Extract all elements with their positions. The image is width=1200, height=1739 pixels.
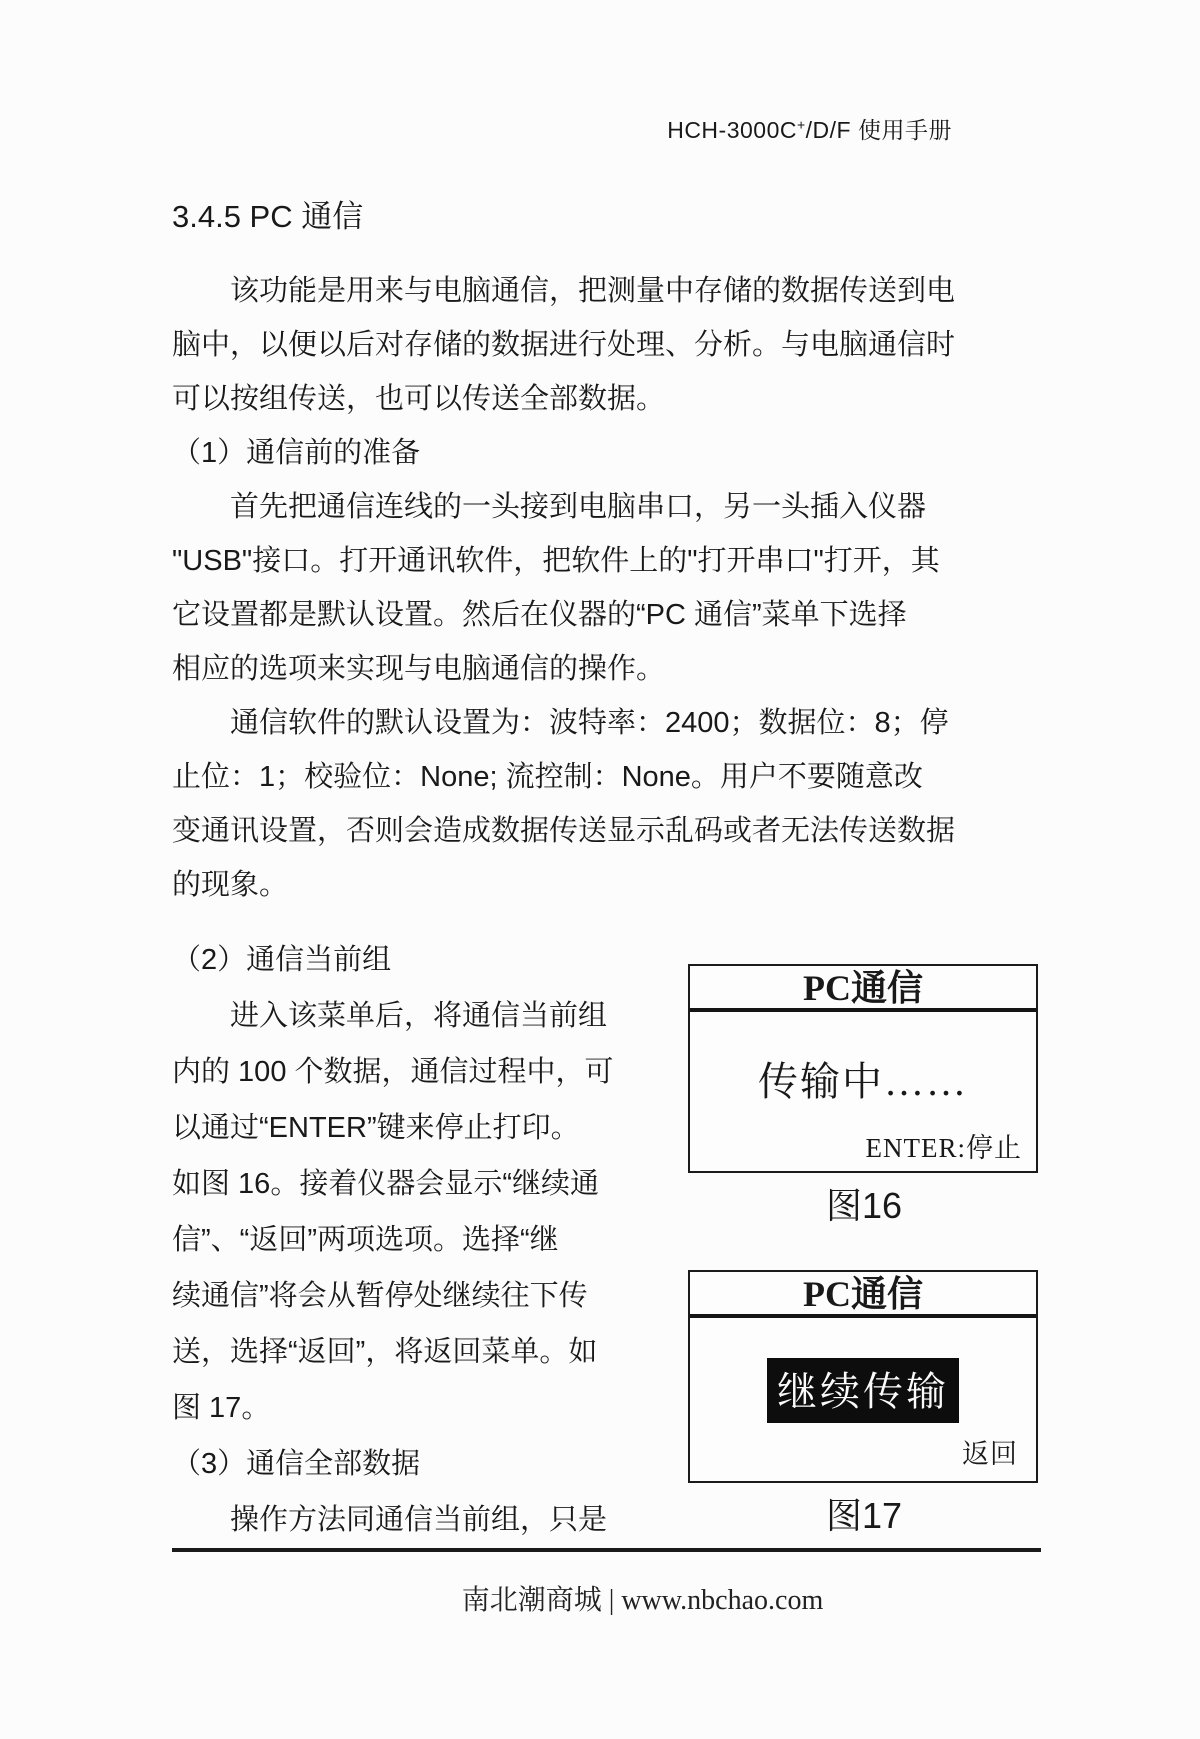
intro-paragraphs: 该功能是用来与电脑通信，把测量中存储的数据传送到电脑中，以便以后对存储的数据进行…	[172, 264, 960, 912]
text-line: 止位：1；校验位：None; 流控制：None。用户不要随意改	[172, 750, 960, 804]
model-superscript-plus: +	[797, 116, 806, 132]
text-line: 通信软件的默认设置为：波特率：2400；数据位：8；停	[172, 696, 960, 750]
text-line: 变通讯设置，否则会造成数据传送显示乱码或者无法传送数据	[172, 804, 960, 858]
text-line: 送，选择“返回”，将返回菜单。如	[172, 1324, 642, 1380]
figure16-screen-body: 传输中…… ENTER:停止	[690, 1012, 1036, 1171]
text-line: 它设置都是默认设置。然后在仪器的“PC 通信”菜单下选择	[172, 588, 960, 642]
text-line: （1）通信前的准备	[172, 426, 960, 480]
text-line: 续通信”将会从暂停处继续往下传	[172, 1268, 642, 1324]
text-line: 信”、“返回”两项选项。选择“继	[172, 1212, 642, 1268]
figure16-status-text: 传输中……	[690, 1012, 1036, 1107]
figure17-caption: 图17	[688, 1493, 1040, 1539]
page-footer: 南北潮商城 | www.nbchao.com	[208, 1578, 1077, 1618]
model-name-suffix: /D/F 使用手册	[806, 117, 952, 143]
figure-17: PC通信 继续传输 返回 图17	[688, 1270, 1040, 1539]
text-line: 可以按组传送，也可以传送全部数据。	[172, 372, 960, 426]
figure-16: PC通信 传输中…… ENTER:停止 图16	[688, 964, 1040, 1229]
figures-column: PC通信 传输中…… ENTER:停止 图16 PC通信 继续传输	[688, 932, 1040, 1548]
text-line: 的现象。	[172, 858, 960, 912]
figure16-enter-hint: ENTER:停止	[866, 1126, 1023, 1165]
text-line: "USB"接口。打开通讯软件，把软件上的"打开串口"打开，其	[172, 534, 960, 588]
figure17-return-hint: 返回	[962, 1432, 1018, 1471]
text-line: 操作方法同通信当前组，只是	[172, 1492, 642, 1548]
text-line: 以通过“ENTER”键来停止打印。	[172, 1100, 642, 1156]
figure17-selection-row: 继续传输	[690, 1318, 1036, 1423]
text-line: 进入该菜单后，将通信当前组	[172, 988, 642, 1044]
model-name-prefix: HCH-3000C	[667, 117, 797, 143]
section-title: 3.4.5 PC 通信	[172, 191, 1200, 236]
text-line: 图 17。	[172, 1380, 642, 1436]
text-line: （3）通信全部数据	[172, 1436, 642, 1492]
left-column-text: （2）通信当前组 进入该菜单后，将通信当前组内的 100 个数据，通信过程中，可…	[172, 932, 642, 1548]
text-line: 相应的选项来实现与电脑通信的操作。	[172, 642, 960, 696]
text-line: 如图 16。接着仪器会显示“继续通	[172, 1156, 642, 1212]
footer-divider-line	[172, 1548, 1041, 1552]
figure16-lcd-screen: PC通信 传输中…… ENTER:停止	[688, 964, 1038, 1173]
figure17-screen-title: PC通信	[690, 1272, 1036, 1314]
figure16-caption: 图16	[688, 1183, 1040, 1229]
figure16-screen-title: PC通信	[690, 966, 1036, 1008]
figure17-lcd-screen: PC通信 继续传输 返回	[688, 1270, 1038, 1483]
figure17-selected-option: 继续传输	[767, 1358, 959, 1423]
text-line: 首先把通信连线的一头接到电脑串口，另一头插入仪器	[172, 480, 960, 534]
page-header: HCH-3000C+/D/F 使用手册	[0, 0, 1200, 145]
figure17-screen-body: 继续传输 返回	[690, 1318, 1036, 1481]
text-line: 该功能是用来与电脑通信，把测量中存储的数据传送到电	[172, 264, 960, 318]
text-line: （2）通信当前组	[172, 932, 642, 988]
text-line: 内的 100 个数据，通信过程中，可	[172, 1044, 642, 1100]
two-column-section: （2）通信当前组 进入该菜单后，将通信当前组内的 100 个数据，通信过程中，可…	[172, 932, 1200, 1548]
manual-page: HCH-3000C+/D/F 使用手册 3.4.5 PC 通信 该功能是用来与电…	[0, 0, 1200, 1739]
text-line: 脑中，以便以后对存储的数据进行处理、分析。与电脑通信时	[172, 318, 960, 372]
